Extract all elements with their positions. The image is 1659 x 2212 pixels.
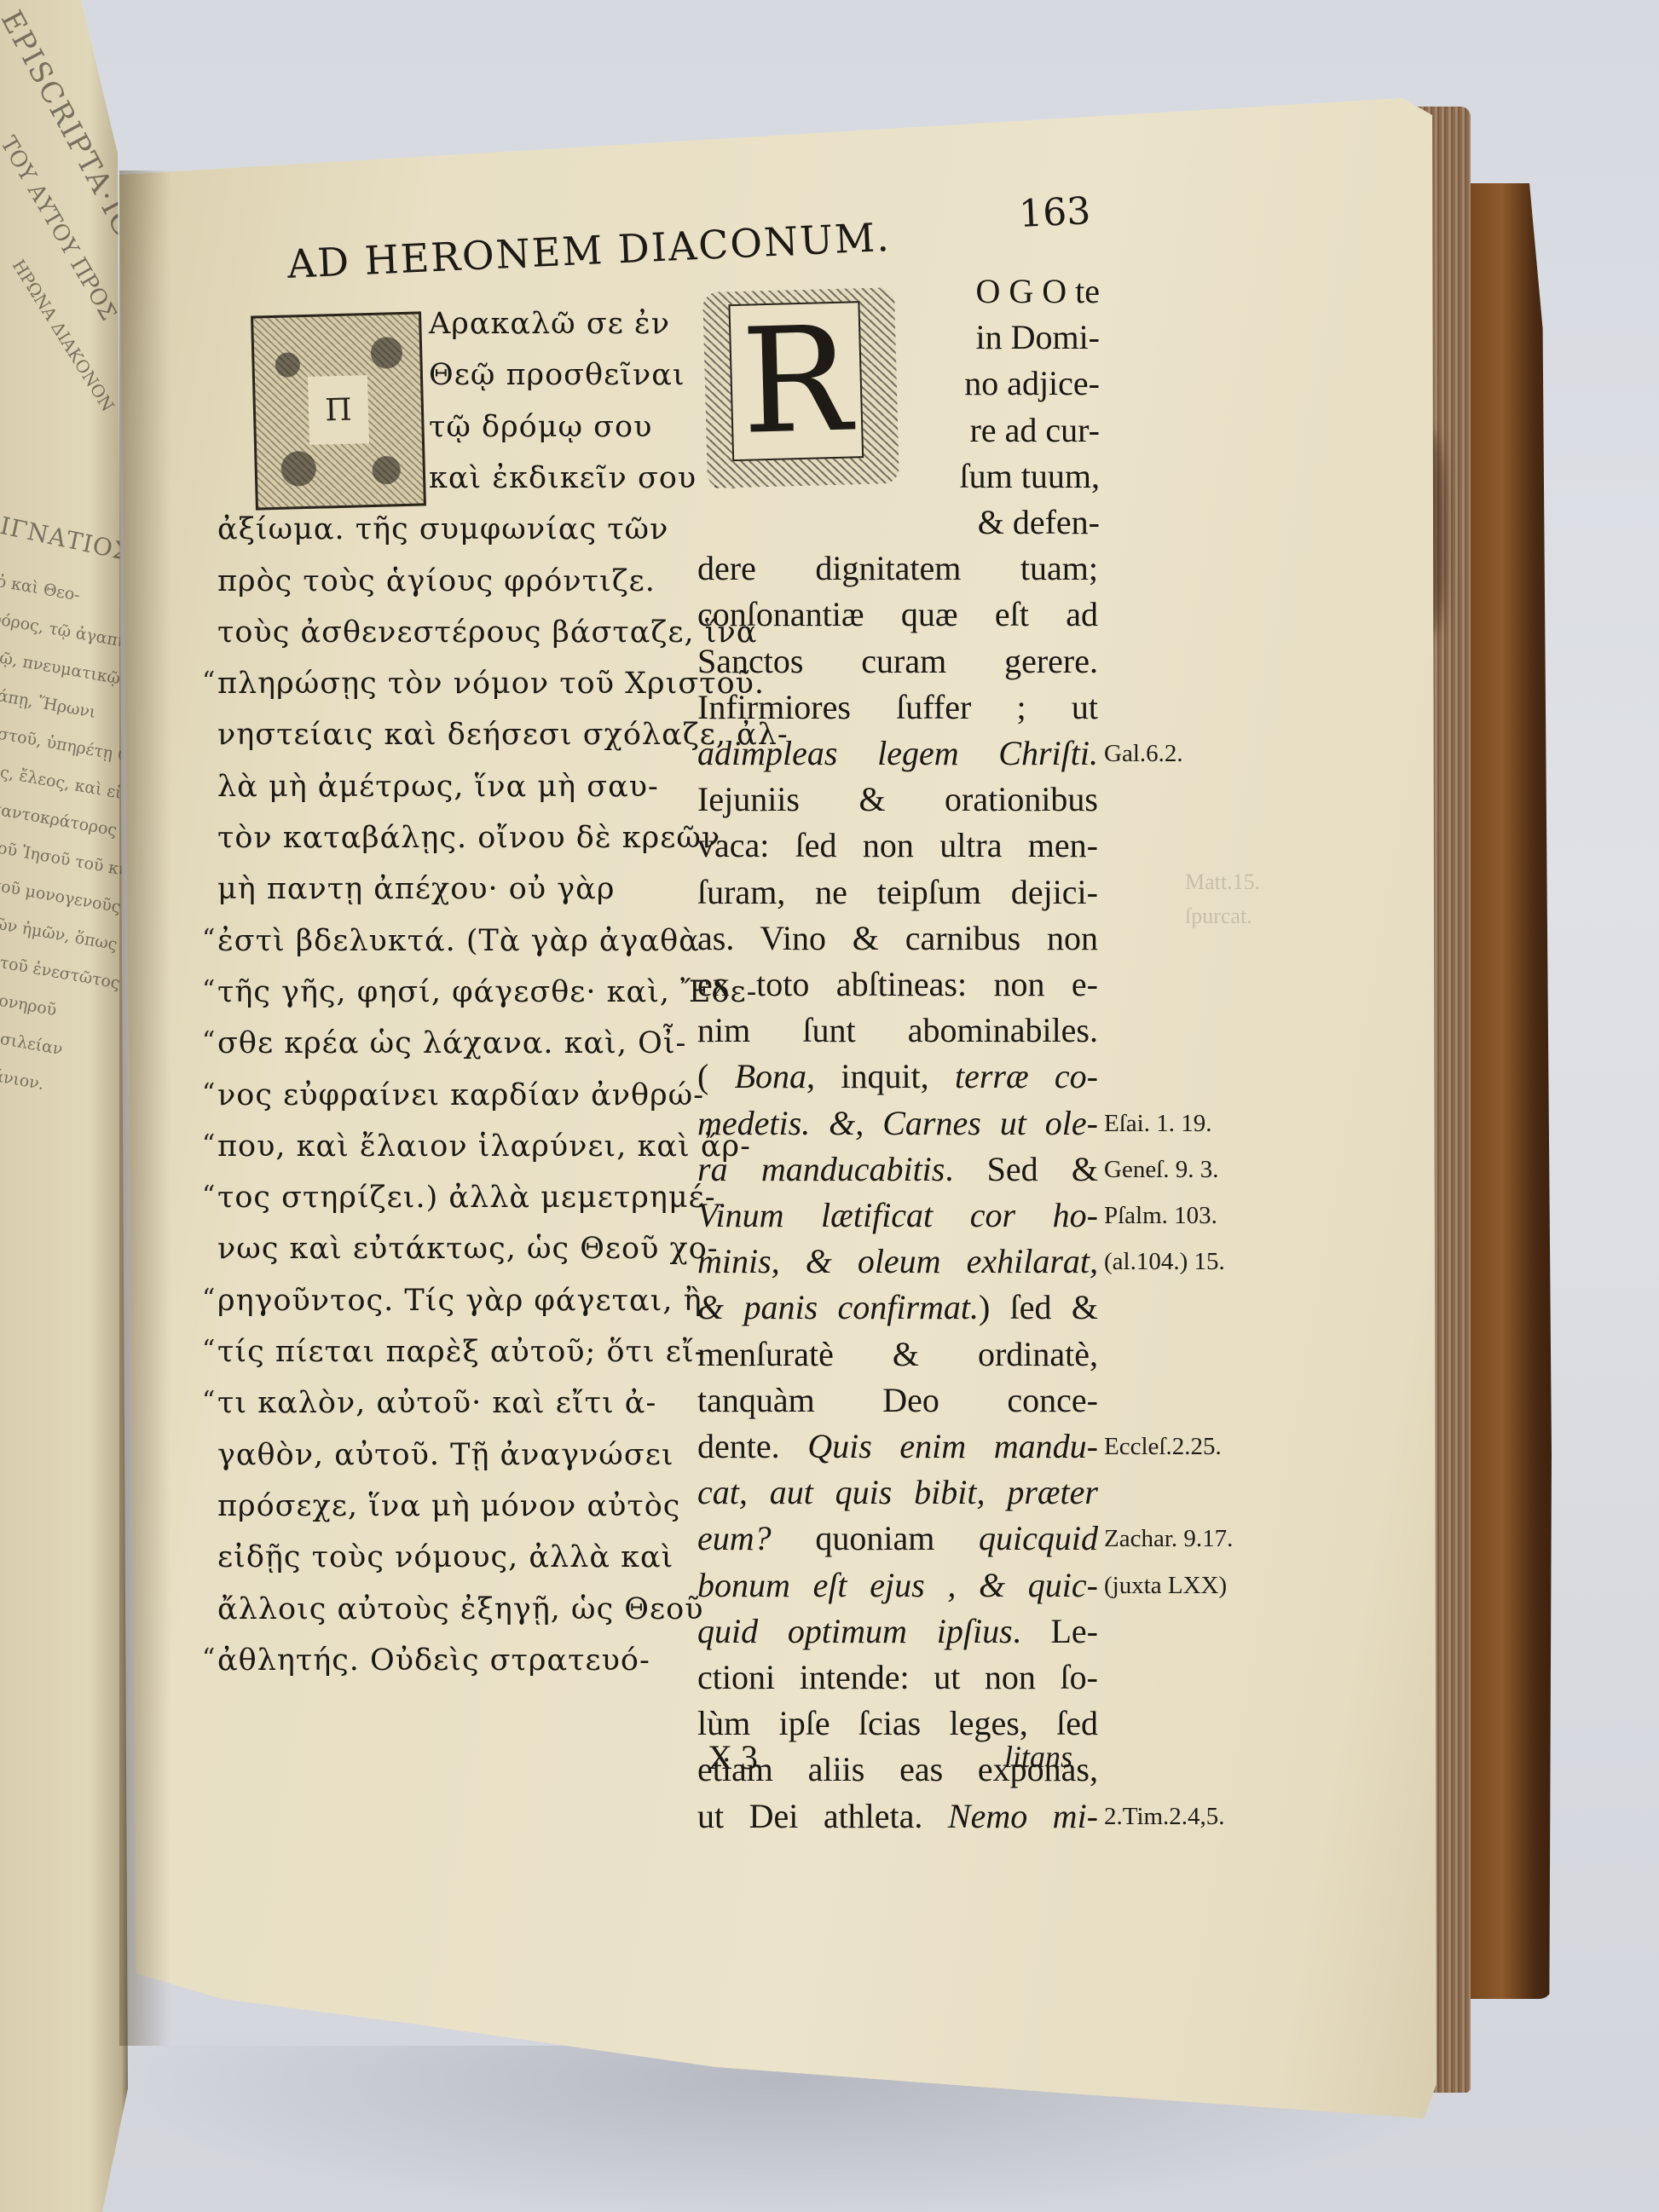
greek-line: καὶ ἐκδικεῖν σου τὸ bbox=[429, 461, 743, 495]
latin-line: in Domi- bbox=[904, 317, 1100, 357]
latin-line: vaca: ſed non ultra men- bbox=[697, 825, 1098, 865]
greek-line: “νος εὐφραίνει καρδίαν ἀνθρώ- bbox=[217, 1078, 704, 1112]
latin-text: ex toto abſtineas: non e- bbox=[697, 965, 1098, 1003]
margin-note: (juxta LXX) bbox=[1104, 1572, 1227, 1600]
latin-line: tanquàm Deo conce- bbox=[697, 1380, 1098, 1420]
latin-line: cat, aut quis bibit, præter bbox=[697, 1472, 1098, 1512]
marginal-quote-mark: “ bbox=[202, 1643, 216, 1673]
greek-line: “που, καὶ ἔλαιον ἱλαρύνει, καὶ ἄρ- bbox=[217, 1129, 751, 1164]
marginal-quote-mark: “ bbox=[202, 1078, 216, 1108]
latin-line: re ad cur- bbox=[904, 410, 1100, 450]
latin-text: . Le- bbox=[1013, 1612, 1098, 1650]
greek-line-text: Αρακαλῶ σε ἐν bbox=[429, 307, 670, 341]
latin-line: conſonantiæ quæ eſt ad bbox=[697, 594, 1098, 634]
marginal-quote-mark: “ bbox=[202, 1335, 216, 1365]
latin-italic-text: Vinum lætificat cor ho- bbox=[697, 1196, 1098, 1234]
latin-text: as. Vino & carnibus non bbox=[697, 919, 1098, 957]
latin-text: , inquit, bbox=[806, 1057, 955, 1095]
greek-line-text: τι καλὸν, αὐτοῦ· καὶ εἴτι ἀ- bbox=[217, 1386, 656, 1420]
latin-line: no adjice- bbox=[904, 363, 1100, 403]
greek-line-text: πρὸς τοὺς ἁγίους φρόντιζε. bbox=[217, 564, 656, 598]
show-through-note: ſpurcat. bbox=[1185, 904, 1252, 929]
latin-text: dente. bbox=[697, 1427, 807, 1465]
greek-line: γαθὸν, αὐτοῦ. Τῇ ἀναγνώσει bbox=[217, 1438, 674, 1472]
greek-line-text: τοὺς ἀσθενεστέρους βάσταζε, ἵνα bbox=[217, 615, 757, 650]
latin-line: bonum eſt ejus , & quic- bbox=[697, 1565, 1098, 1605]
greek-line: “τι καλὸν, αὐτοῦ· καὶ εἴτι ἀ- bbox=[217, 1386, 656, 1420]
latin-text: dere dignitatem tuam; bbox=[697, 549, 1098, 587]
latin-line: dere dignitatem tuam; bbox=[697, 548, 1098, 588]
greek-line: “ἐστὶ βδελυκτά. (Τὰ γὰρ ἀγαθὰ bbox=[217, 924, 700, 958]
latin-italic-text: eum? bbox=[697, 1519, 772, 1557]
greek-line: εἰδῇς τοὺς νόμους, ἀλλὰ καὶ bbox=[217, 1540, 673, 1574]
margin-note: Gal.6.2. bbox=[1104, 740, 1183, 768]
greek-line-text: μὴ παντῃ ἀπέχου· οὐ γὰρ bbox=[217, 872, 615, 906]
marginal-quote-mark: “ bbox=[202, 975, 216, 1005]
marginal-quote-mark: “ bbox=[202, 924, 216, 954]
latin-text: Iejuniis & orationibus bbox=[697, 780, 1098, 818]
greek-line-text: πληρώσῃς τὸν νόμον τοῦ Χριστοῦ. bbox=[217, 667, 765, 701]
greek-line-text: καὶ ἐκδικεῖν σου τὸ bbox=[429, 461, 743, 495]
greek-line-text: που, καὶ ἔλαιον ἱλαρύνει, καὶ ἄρ- bbox=[217, 1129, 751, 1164]
greek-line: “τῆς γῆς, φησί, φάγεσθε· καὶ, Ἔδε- bbox=[217, 975, 758, 1009]
latin-text: & defen- bbox=[978, 503, 1100, 541]
greek-line-text: λὰ μὴ ἀμέτρως, ἵνα μὴ σαυ- bbox=[217, 770, 659, 804]
greek-line: Αρακαλῶ σε ἐν bbox=[429, 307, 670, 341]
greek-line: “τος στηρίζει.) ἀλλὰ μεμετρημέ- bbox=[217, 1181, 716, 1215]
latin-line: medetis. &, Carnes ut ole- bbox=[697, 1103, 1098, 1143]
greek-line: μὴ παντῃ ἀπέχου· οὐ γὰρ bbox=[217, 872, 615, 906]
latin-line: quid optimum ipſius. Le- bbox=[697, 1611, 1098, 1651]
greek-line-text: ἄλλοις αὐτοὺς ἐξηγῇ, ὡς Θεοῦ bbox=[217, 1592, 703, 1626]
latin-line: as. Vino & carnibus non bbox=[697, 918, 1098, 958]
latin-italic-text: quid optimum ipſius bbox=[697, 1612, 1013, 1650]
greek-line-text: πρόσεχε, ἵνα μὴ μόνον αὐτὸς bbox=[217, 1489, 680, 1523]
latin-line: ut Dei athleta. Nemo mi- bbox=[697, 1796, 1098, 1836]
latin-text: Sanctos curam gerere. bbox=[697, 642, 1098, 680]
greek-line-text: νος εὐφραίνει καρδίαν ἀνθρώ- bbox=[217, 1078, 704, 1112]
decorated-initial-latin: R bbox=[702, 287, 899, 488]
greek-line-text: Θεῷ προσθεῖναι bbox=[429, 358, 685, 392]
marginal-quote-mark: “ bbox=[202, 1284, 216, 1314]
initial-letter-greek: Π bbox=[308, 375, 369, 445]
latin-line: ex toto abſtineas: non e- bbox=[697, 964, 1098, 1004]
latin-italic-text: adimpleas legem Chriſti. bbox=[697, 734, 1098, 772]
greek-line-text: γαθὸν, αὐτοῦ. Τῇ ἀναγνώσει bbox=[217, 1438, 674, 1472]
latin-text: O G O te bbox=[975, 272, 1100, 310]
greek-line-text: σθε κρέα ὡς λάχανα. καὶ, Οἶ- bbox=[217, 1026, 686, 1060]
greek-line: ἀξίωμα. τῆς συμφωνίας τῶν bbox=[217, 512, 668, 546]
latin-line: menſuratè & ordinatè, bbox=[697, 1334, 1098, 1374]
marginal-quote-mark: “ bbox=[202, 1026, 216, 1056]
latin-line: Infirmiores ſuffer ; ut bbox=[697, 687, 1098, 727]
latin-line: ( Bona, inquit, terræ co- bbox=[697, 1056, 1098, 1096]
latin-text: Infirmiores ſuffer ; ut bbox=[697, 688, 1098, 726]
latin-italic-text: Bona bbox=[735, 1057, 806, 1095]
latin-line: eum? quoniam quicquid bbox=[697, 1518, 1098, 1558]
latin-text: ut Dei athleta. bbox=[697, 1797, 948, 1835]
greek-line: πρόσεχε, ἵνα μὴ μόνον αὐτὸς bbox=[217, 1489, 680, 1523]
greek-line-text: ἀξίωμα. τῆς συμφωνίας τῶν bbox=[217, 512, 668, 546]
margin-note: Pſalm. 103. bbox=[1104, 1202, 1217, 1230]
greek-line-text: ἀθλητής. Οὐδεὶς στρατευό- bbox=[217, 1643, 650, 1678]
greek-line: πρὸς τοὺς ἁγίους φρόντιζε. bbox=[217, 564, 656, 598]
latin-text: vaca: ſed non ultra men- bbox=[697, 826, 1098, 864]
latin-text: nim ſunt abominabiles. bbox=[697, 1011, 1098, 1049]
left-page: EPISCRIPTA·IGN. ΤΟΥ ΑΥΤΟΥ ΠΡΟΣ ΗΡΩΝΑ ΔΙΑ… bbox=[0, 0, 128, 2212]
latin-text: ) ſed & bbox=[979, 1288, 1098, 1326]
latin-line: & panis confirmat.) ſed & bbox=[697, 1287, 1098, 1327]
latin-italic-text: bonum eſt ejus , & quic- bbox=[697, 1566, 1098, 1604]
latin-line: ſum tuum, bbox=[904, 456, 1100, 496]
left-page-lines: ὁ καὶ Θεο-φόρος, τῷ ἀγαπητῷυἱῷ, πνευματι… bbox=[0, 563, 126, 1102]
margin-note: (al.104.) 15. bbox=[1104, 1248, 1225, 1276]
latin-italic-text: minis, & oleum exhilarat, bbox=[697, 1242, 1098, 1280]
greek-line-text: ρηγοῦντος. Τίς γὰρ φάγεται, ἢ bbox=[217, 1284, 702, 1318]
greek-line: νως καὶ εὐτάκτως, ὡς Θεοῦ χο- bbox=[217, 1232, 719, 1266]
margin-note: 2.Tim.2.4,5. bbox=[1104, 1803, 1225, 1831]
latin-line: O G O te bbox=[904, 271, 1100, 311]
show-through-note: Matt.15. bbox=[1185, 869, 1260, 895]
latin-line: dente. Quis enim mandu- bbox=[697, 1426, 1098, 1466]
latin-italic-text: terræ co- bbox=[955, 1057, 1098, 1095]
latin-line: Sanctos curam gerere. bbox=[697, 641, 1098, 681]
latin-line: Vinum lætificat cor ho- bbox=[697, 1195, 1098, 1235]
gutter-shade bbox=[119, 170, 171, 2046]
latin-line: ſuram, ne teipſum dejici- bbox=[697, 872, 1098, 912]
margin-note: Eſai. 1. 19. bbox=[1104, 1110, 1211, 1138]
greek-line: τῷ δρόμῳ σου bbox=[429, 410, 652, 444]
latin-italic-text: quicquid bbox=[979, 1519, 1098, 1557]
latin-line: ra manducabitis. Sed & bbox=[697, 1149, 1098, 1189]
latin-italic-text: & panis confirmat. bbox=[697, 1288, 979, 1326]
latin-line: adimpleas legem Chriſti. bbox=[697, 733, 1098, 773]
latin-text: ( bbox=[697, 1057, 735, 1095]
greek-line-text: νως καὶ εὐτάκτως, ὡς Θεοῦ χο- bbox=[217, 1232, 719, 1266]
greek-line: λὰ μὴ ἀμέτρως, ἵνα μὴ σαυ- bbox=[217, 770, 659, 804]
latin-text: conſonantiæ quæ eſt ad bbox=[697, 595, 1098, 633]
latin-italic-text: medetis. &, Carnes ut ole- bbox=[697, 1104, 1098, 1142]
latin-text: menſuratè & ordinatè, bbox=[697, 1335, 1098, 1373]
margin-note: Zachar. 9.17. bbox=[1104, 1525, 1233, 1553]
margin-note: Eccleſ.2.25. bbox=[1104, 1433, 1222, 1461]
initial-letter-latin: R bbox=[728, 301, 864, 461]
marginal-quote-mark: “ bbox=[202, 1386, 216, 1416]
greek-line: “πληρώσῃς τὸν νόμον τοῦ Χριστοῦ. bbox=[217, 667, 765, 701]
latin-line: & defen- bbox=[904, 502, 1100, 542]
latin-text: . Sed & bbox=[945, 1150, 1098, 1188]
latin-text: quoniam bbox=[772, 1519, 979, 1557]
latin-italic-text: ra manducabitis bbox=[697, 1150, 945, 1188]
latin-text: ſuram, ne teipſum dejici- bbox=[697, 873, 1098, 911]
greek-line: Θεῷ προσθεῖναι bbox=[429, 358, 685, 392]
latin-text: ctioni intende: ut non ſo- bbox=[697, 1658, 1098, 1696]
greek-line-text: εἰδῇς τοὺς νόμους, ἀλλὰ καὶ bbox=[217, 1540, 673, 1574]
greek-line-text: τος στηρίζει.) ἀλλὰ μεμετρημέ- bbox=[217, 1181, 716, 1215]
latin-italic-text: cat, aut quis bibit, præter bbox=[697, 1473, 1098, 1511]
latin-line: Iejuniis & orationibus bbox=[697, 779, 1098, 819]
greek-line-text: τὸν καταβάλῃς. οἴνου δὲ κρεῶν bbox=[217, 821, 720, 855]
greek-line: ἄλλοις αὐτοὺς ἐξηγῇ, ὡς Θεοῦ bbox=[217, 1592, 703, 1626]
latin-text: ſum tuum, bbox=[960, 457, 1100, 495]
catchword: litans bbox=[1004, 1739, 1072, 1775]
margin-note: Geneſ. 9. 3. bbox=[1104, 1156, 1219, 1184]
greek-line: “ρηγοῦντος. Τίς γὰρ φάγεται, ἢ bbox=[217, 1284, 702, 1318]
latin-text: no adjice- bbox=[964, 364, 1100, 402]
latin-italic-text: Nemo mi- bbox=[948, 1797, 1098, 1835]
greek-line: “τίς πίεται παρὲξ αὐτοῦ; ὅτι εἴ- bbox=[217, 1335, 705, 1369]
greek-line: “σθε κρέα ὡς λάχανα. καὶ, Οἶ- bbox=[217, 1026, 686, 1060]
signature-mark: X 3 bbox=[708, 1737, 758, 1777]
latin-italic-text: Quis enim mandu- bbox=[807, 1427, 1098, 1465]
latin-line: minis, & oleum exhilarat, bbox=[697, 1241, 1098, 1281]
greek-line: τοὺς ἀσθενεστέρους βάσταζε, ἵνα bbox=[217, 615, 757, 650]
latin-text: tanquàm Deo conce- bbox=[697, 1381, 1098, 1419]
latin-text: re ad cur- bbox=[970, 411, 1100, 449]
decorated-initial-greek: Π bbox=[251, 311, 426, 510]
greek-line-text: τίς πίεται παρὲξ αὐτοῦ; ὅτι εἴ- bbox=[217, 1335, 705, 1369]
page-number: 163 bbox=[1018, 189, 1091, 236]
greek-line-text: τῷ δρόμῳ σου bbox=[429, 410, 652, 444]
greek-line-text: ἐστὶ βδελυκτά. (Τὰ γὰρ ἀγαθὰ bbox=[217, 924, 700, 958]
latin-line: nim ſunt abominabiles. bbox=[697, 1010, 1098, 1050]
latin-line: ctioni intende: ut non ſo- bbox=[697, 1657, 1098, 1697]
greek-line: “ἀθλητής. Οὐδεὶς στρατευό- bbox=[217, 1643, 650, 1678]
marginal-quote-mark: “ bbox=[202, 1129, 216, 1159]
marginal-quote-mark: “ bbox=[202, 1181, 216, 1210]
greek-line-text: τῆς γῆς, φησί, φάγεσθε· καὶ, Ἔδε- bbox=[217, 975, 758, 1009]
marginal-quote-mark: “ bbox=[202, 667, 216, 696]
latin-text: in Domi- bbox=[975, 318, 1100, 356]
greek-line: τὸν καταβάλῃς. οἴνου δὲ κρεῶν bbox=[217, 821, 720, 855]
